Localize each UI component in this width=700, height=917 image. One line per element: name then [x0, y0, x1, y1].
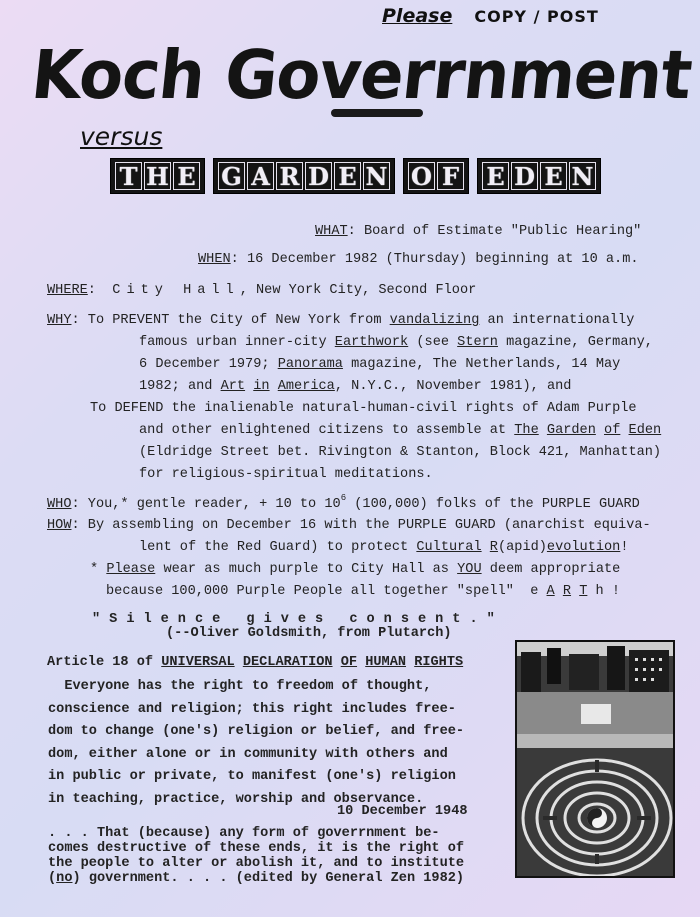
closing-line-4: (no) government. . . . (edited by Genera… — [48, 871, 464, 886]
banner-letter: D — [511, 162, 538, 190]
banner-letter: R — [276, 162, 303, 190]
main-title: Koch Goverrnment — [28, 42, 694, 109]
article-heading-word: OF — [341, 655, 357, 670]
banner-letter: F — [437, 162, 464, 190]
where-spaced: City Hall — [112, 283, 239, 298]
when-line: WHEN: 16 December 1982 (Thursday) beginn… — [198, 248, 639, 272]
quote-attribution: (--Oliver Goldsmith, from Plutarch) — [166, 622, 452, 646]
what-text: : Board of Estimate "Public Hearing" — [348, 224, 642, 239]
garden-of-eden-banner: THEGARDENOFEDEN — [110, 158, 601, 194]
article-heading: Article 18 of UNIVERSAL DECLARATION OF H… — [47, 651, 463, 675]
banner-word-garden: GARDEN — [213, 158, 395, 194]
when-text: : 16 December 1982 (Thursday) beginning … — [231, 252, 639, 267]
how-label: HOW — [47, 518, 71, 533]
banner-word-of: OF — [403, 158, 469, 194]
defend-line-4: for religious-spiritual meditations. — [139, 463, 433, 487]
banner-letter: E — [173, 162, 200, 190]
how-note-2: because 100,000 Purple People all togeth… — [106, 580, 620, 604]
when-label: WHEN — [198, 252, 231, 267]
banner-letter: E — [540, 162, 567, 190]
article-line: conscience and religion; this right incl… — [48, 698, 456, 722]
banner-letter: D — [305, 162, 332, 190]
why-line-3: 6 December 1979; Panorama magazine, The … — [139, 353, 620, 377]
article-heading-word: RIGHTS — [414, 655, 463, 670]
how-line-2: lent of the Red Guard) to protect Cultur… — [139, 536, 629, 560]
please-copy-post-note: PleaseCOPY / POST — [382, 5, 599, 27]
article-heading-word: UNIVERSAL — [161, 655, 234, 670]
defend-line-3: (Eldridge Street bet. Rivington & Stanto… — [139, 441, 661, 465]
article-line: dom to change (one's) religion or belief… — [48, 720, 464, 744]
banner-letter: E — [482, 162, 509, 190]
banner-letter: N — [569, 162, 596, 190]
where-text: , New York City, Second Floor — [240, 283, 477, 298]
title-underline — [331, 109, 423, 117]
banner-letter: H — [144, 162, 171, 190]
article-line: in public or private, to manifest (one's… — [48, 765, 456, 789]
how-note-1: * Please wear as much purple to City Hal… — [90, 558, 620, 582]
who-line: WHO: You,* gentle reader, + 10 to 106 (1… — [47, 486, 640, 517]
why-label: WHY — [47, 313, 71, 328]
article-date: 10 December 1948 — [337, 800, 468, 824]
article-line: Everyone has the right to freedom of tho… — [48, 675, 431, 699]
article-heading-word: HUMAN — [365, 655, 406, 670]
closing-line-3: the people to alter or abolish it, and t… — [48, 856, 464, 871]
banner-letter: A — [247, 162, 274, 190]
banner-letter: O — [408, 162, 435, 190]
closing-line-2: comes destructive of these ends, it is t… — [48, 841, 464, 856]
why-line-4: 1982; and Art in America, N.Y.C., Novemb… — [139, 375, 571, 399]
closing-line-1: . . . That (because) any form of goverrn… — [48, 826, 440, 841]
please-text: Please — [382, 5, 452, 27]
banner-word-eden: EDEN — [477, 158, 601, 194]
versus-text: versus — [80, 122, 162, 151]
banner-word-the: THE — [110, 158, 205, 194]
who-label: WHO — [47, 497, 71, 512]
article-heading-word: DECLARATION — [243, 655, 333, 670]
defend-line-2: and other enlightened citizens to assemb… — [139, 419, 661, 443]
what-line: WHAT: Board of Estimate "Public Hearing" — [315, 220, 641, 244]
article-line: dom, either alone or in community with o… — [48, 743, 448, 767]
garden-labyrinth-photo — [515, 640, 675, 878]
banner-letter: N — [363, 162, 390, 190]
where-line: WHERE: City Hall, New York City, Second … — [47, 279, 476, 303]
why-line-1: WHY: To PREVENT the City of New York fro… — [47, 309, 634, 333]
banner-letter: G — [218, 162, 245, 190]
banner-letter: T — [115, 162, 142, 190]
copy-post-text: COPY / POST — [474, 7, 598, 26]
labyrinth-photo-image — [517, 642, 673, 876]
defend-line-1: To DEFEND the inalienable natural-human-… — [90, 397, 637, 421]
why-line-2: famous urban inner-city Earthwork (see S… — [139, 331, 653, 355]
banner-letter: E — [334, 162, 361, 190]
where-label: WHERE — [47, 283, 88, 298]
how-line-1: HOW: By assembling on December 16 with t… — [47, 514, 651, 538]
what-label: WHAT — [315, 224, 348, 239]
